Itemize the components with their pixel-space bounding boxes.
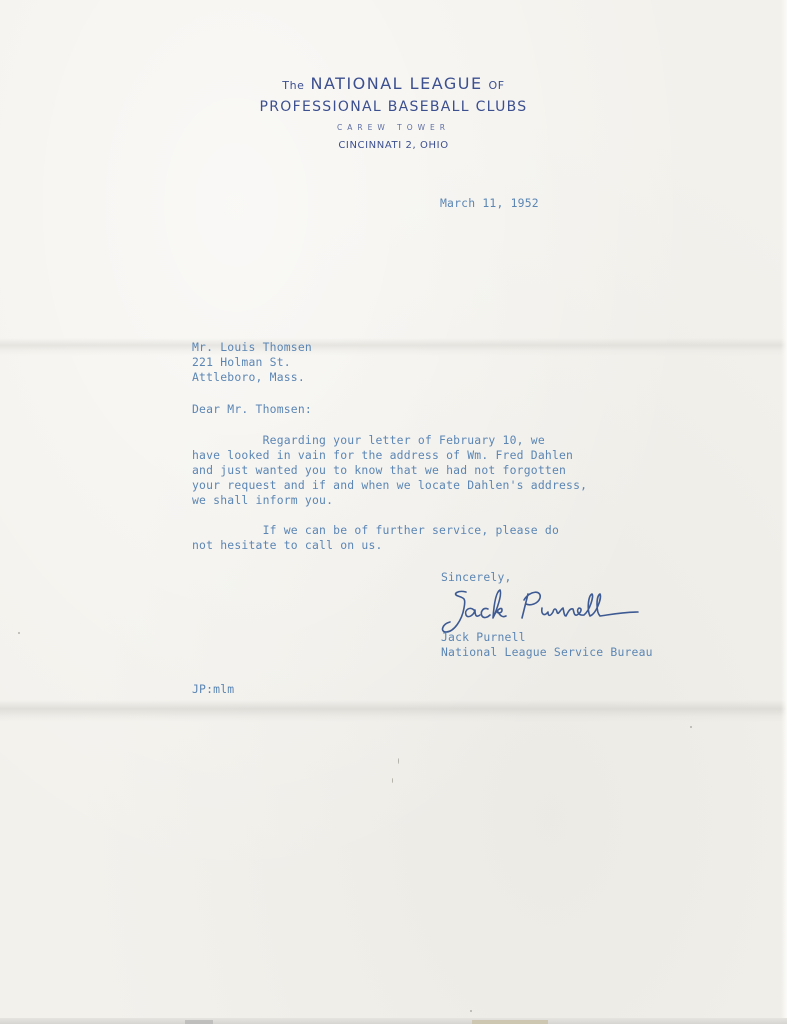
- letterhead-prefix: The: [282, 79, 304, 92]
- body-line: Regarding your letter of February 10, we: [192, 433, 587, 448]
- letterhead-subtitle: Professional Baseball Clubs: [0, 96, 787, 118]
- letterhead: The NATIONAL LEAGUE OF Professional Base…: [0, 74, 787, 154]
- body-line: we shall inform you.: [192, 493, 587, 508]
- letterhead-of: OF: [489, 79, 505, 92]
- letter-date: March 11, 1952: [440, 196, 539, 211]
- letterhead-building: CAREW TOWER: [0, 120, 787, 136]
- recipient-city: Attleboro, Mass.: [192, 370, 312, 385]
- body-paragraph-1: Regarding your letter of February 10, we…: [192, 433, 587, 508]
- letterhead-org-name: NATIONAL LEAGUE: [311, 74, 483, 93]
- paper-mark: [398, 758, 399, 764]
- letter-paper: The NATIONAL LEAGUE OF Professional Base…: [0, 0, 787, 1024]
- paper-mark: [690, 726, 692, 728]
- recipient-address: Mr. Louis Thomsen221 Holman St.Attleboro…: [192, 340, 312, 385]
- signer-name: Jack Purnell: [441, 630, 653, 645]
- letterhead-city: CINCINNATI 2, OHIO: [0, 138, 787, 154]
- body-line: and just wanted you to know that we had …: [192, 463, 587, 478]
- body-line: your request and if and when we locate D…: [192, 478, 587, 493]
- signature-block: Jack PurnellNational League Service Bure…: [441, 630, 653, 660]
- scan-artifact: [185, 1020, 213, 1024]
- recipient-name: Mr. Louis Thomsen: [192, 340, 312, 355]
- scan-artifact: [472, 1020, 548, 1024]
- recipient-street: 221 Holman St.: [192, 355, 312, 370]
- signer-title: National League Service Bureau: [441, 645, 653, 660]
- body-line: If we can be of further service, please …: [192, 523, 559, 538]
- paper-mark: [470, 1010, 472, 1012]
- fold-crease-upper: [0, 338, 787, 356]
- body-paragraph-2: If we can be of further service, please …: [192, 523, 559, 553]
- reference-initials: JP:mlm: [192, 682, 234, 697]
- fold-crease-lower: [0, 700, 787, 722]
- paper-mark: [18, 632, 20, 634]
- letterhead-title: The NATIONAL LEAGUE OF: [0, 74, 787, 96]
- paper-bottom-edge: [0, 1018, 787, 1024]
- paper-mark: [392, 778, 393, 783]
- body-line: not hesitate to call on us.: [192, 538, 559, 553]
- salutation: Dear Mr. Thomsen:: [192, 402, 312, 417]
- body-line: have looked in vain for the address of W…: [192, 448, 587, 463]
